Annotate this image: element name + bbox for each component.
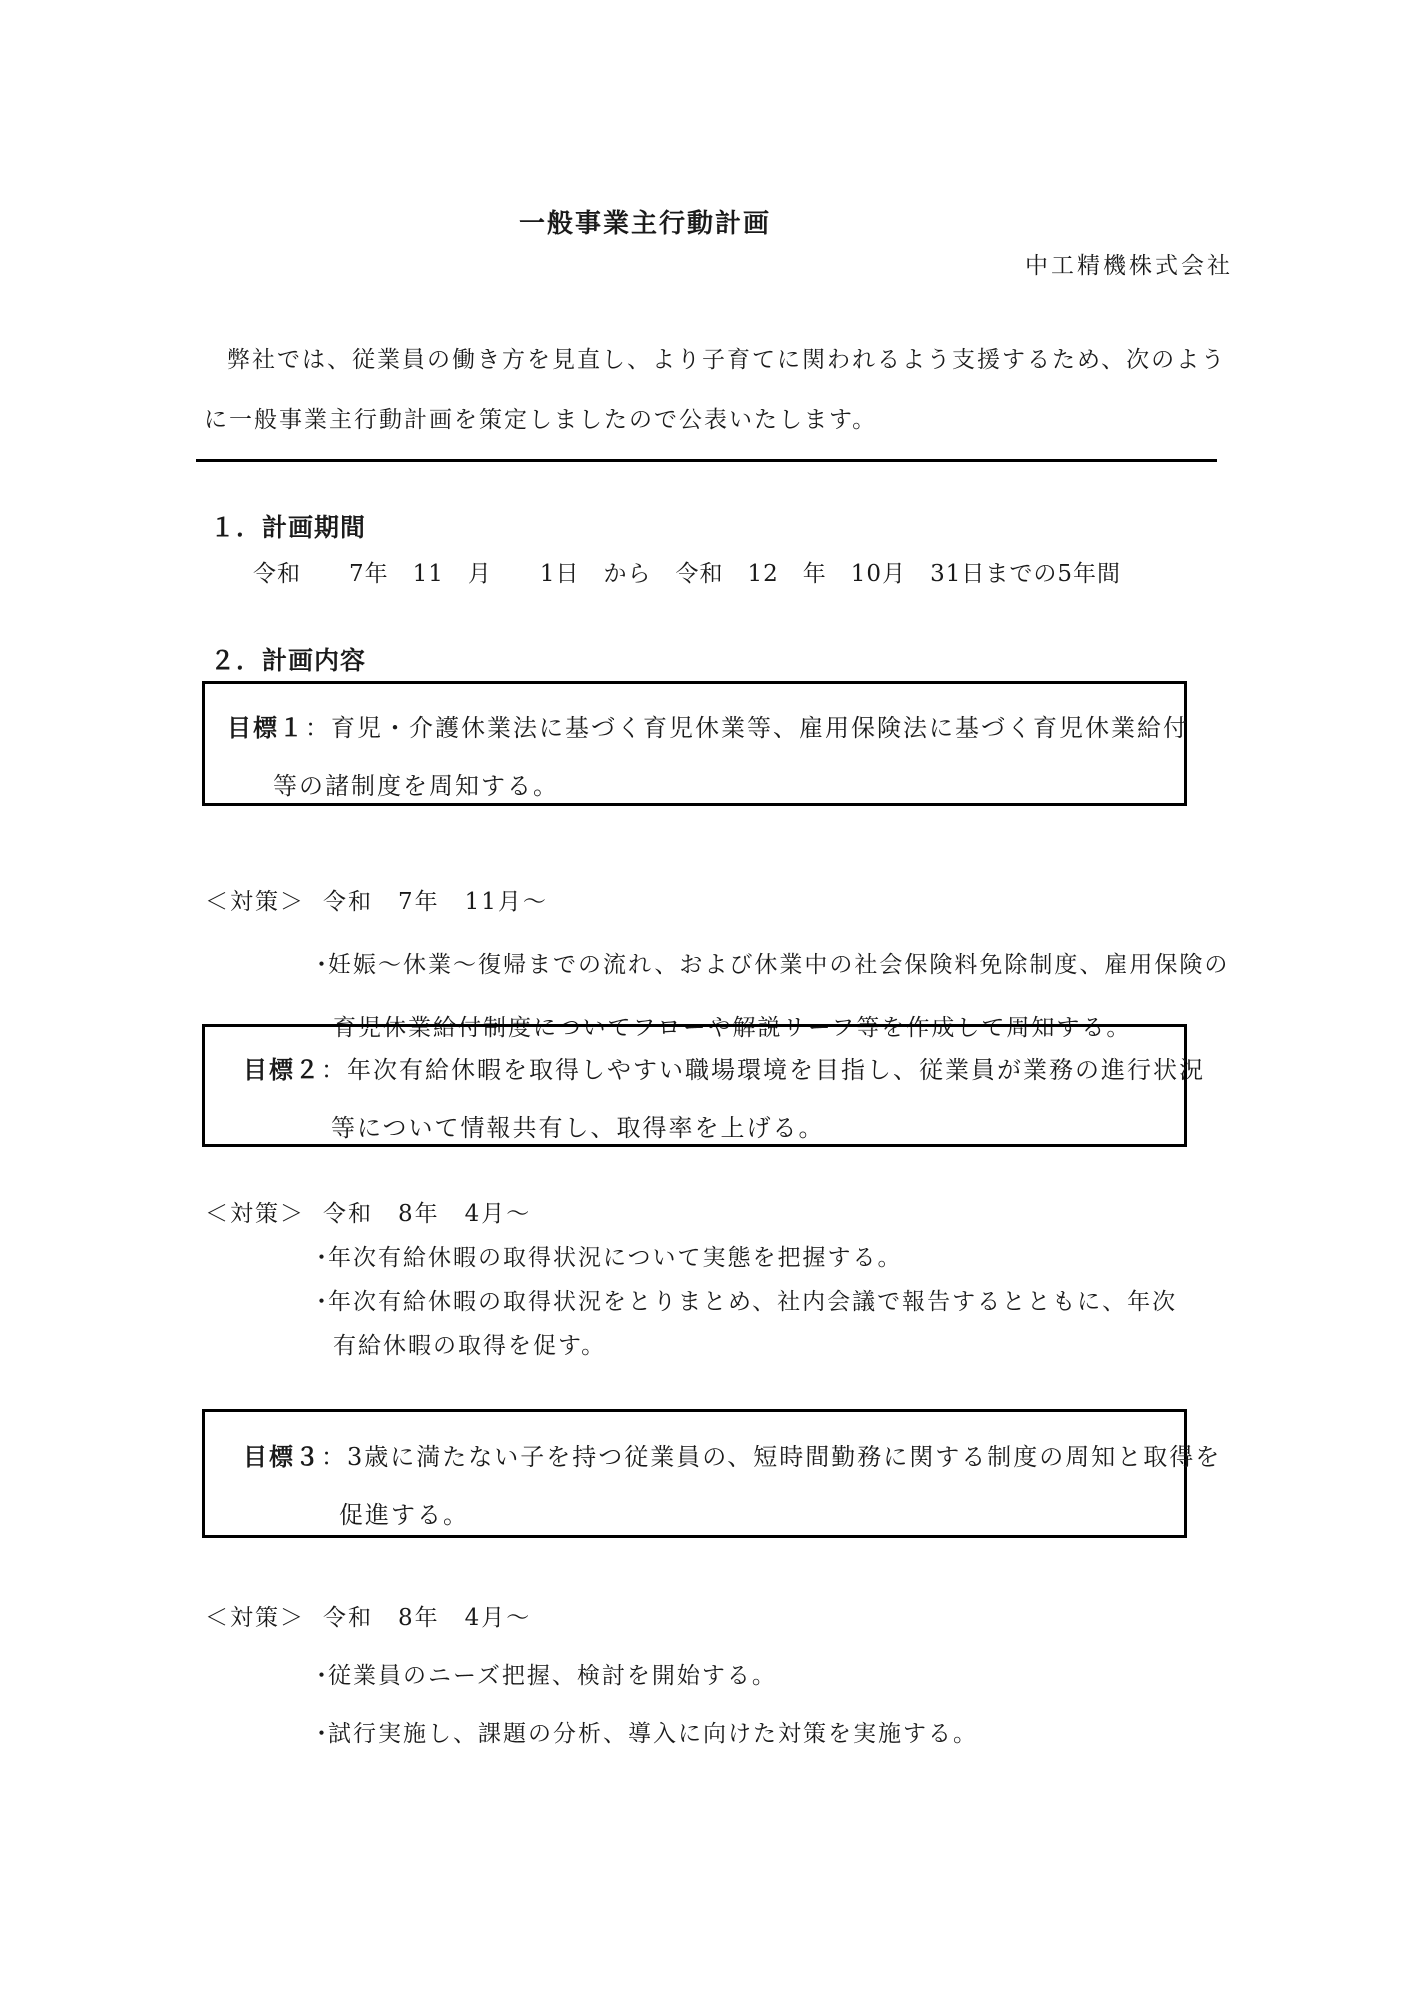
goal1-line1: 目標１：育児・介護休業法に基づく育児休業等、雇用保険法に基づく育児休業給付 — [227, 699, 1176, 757]
measure2-block: ＜対策＞令和 8年 4月～ ・年次有給休暇の取得状況について実態を把握する。 ・… — [205, 1192, 1305, 1368]
section1-heading: １．計画期間 — [210, 508, 366, 544]
goal3-box: 目標３：3歳に満たない子を持つ従業員の、短時間勤務に関する制度の周知と取得を 促… — [202, 1409, 1187, 1538]
measure1-bullet1-line1: ・妊娠～休業～復帰までの流れ、および休業中の社会保険料免除制度、雇用保険の — [310, 934, 1305, 997]
measure2-header: ＜対策＞令和 8年 4月～ — [205, 1192, 1305, 1236]
measure1-header: ＜対策＞令和 7年 11月～ — [205, 871, 1305, 934]
measure3-bullet1: ・従業員のニーズ把握、検討を開始する。 — [310, 1647, 1305, 1705]
goal1-text-line2: 等の諸制度を周知する。 — [273, 757, 1176, 815]
measure2-bullet2-line2: 有給休暇の取得を促す。 — [333, 1324, 1305, 1368]
measure3-label: ＜対策＞ — [205, 1605, 305, 1631]
measure2-bullet1-text: 年次有給休暇の取得状況について実態を把握する。 — [328, 1245, 903, 1271]
goal2-label: 目標２ — [243, 1055, 321, 1084]
measure3-period: 令和 8年 4月～ — [323, 1605, 531, 1631]
bullet-marker: ・ — [310, 1280, 328, 1324]
measure2-bullet2-text: 年次有給休暇の取得状況をとりまとめ、社内会議で報告するとともに、年次 — [328, 1289, 1177, 1315]
goal3-line1: 目標３：3歳に満たない子を持つ従業員の、短時間勤務に関する制度の周知と取得を — [243, 1428, 1176, 1486]
goal2-box: 目標２：年次有給休暇を取得しやすい職場環境を目指し、従業員が業務の進行状況 等に… — [202, 1024, 1187, 1147]
goal1-separator: ： — [305, 714, 331, 742]
section2-heading: ２．計画内容 — [210, 641, 366, 677]
section-divider-rule — [196, 459, 1217, 462]
document-title: 一般事業主行動計画 — [0, 203, 1290, 240]
goal1-label: 目標１ — [227, 713, 305, 742]
intro-line-1: 弊社では、従業員の働き方を見直し、より子育てに関われるよう支援するため、次のよう — [204, 330, 1264, 390]
measure3-bullet2-text: 試行実施し、課題の分析、導入に向けた対策を実施する。 — [328, 1721, 978, 1747]
measure1-bullet1-text: 妊娠～休業～復帰までの流れ、および休業中の社会保険料免除制度、雇用保険の — [328, 952, 1229, 978]
measure2-label: ＜対策＞ — [205, 1201, 305, 1227]
measure1-period: 令和 7年 11月～ — [323, 889, 548, 915]
bullet-marker: ・ — [310, 1705, 328, 1763]
measure2-period: 令和 8年 4月～ — [323, 1201, 531, 1227]
measure2-bullet2-line1: ・年次有給休暇の取得状況をとりまとめ、社内会議で報告するとともに、年次 — [310, 1280, 1305, 1324]
measure3-bullet1-text: 従業員のニーズ把握、検討を開始する。 — [328, 1663, 777, 1689]
bullet-marker: ・ — [310, 1647, 328, 1705]
measure3-block: ＜対策＞令和 8年 4月～ ・従業員のニーズ把握、検討を開始する。 ・試行実施し… — [205, 1589, 1305, 1763]
measure3-bullet2: ・試行実施し、課題の分析、導入に向けた対策を実施する。 — [310, 1705, 1305, 1763]
intro-line-2: に一般事業主行動計画を策定しましたので公表いたします。 — [204, 390, 1264, 450]
company-name: 中工精機株式会社 — [0, 247, 1233, 280]
goal2-line1: 目標２：年次有給休暇を取得しやすい職場環境を目指し、従業員が業務の進行状況 — [243, 1041, 1176, 1099]
goal3-label: 目標３ — [243, 1442, 321, 1471]
measure2-bullet1: ・年次有給休暇の取得状況について実態を把握する。 — [310, 1236, 1305, 1280]
goal3-text-line2: 促進する。 — [339, 1486, 1176, 1544]
goal3-separator: ： — [321, 1443, 347, 1471]
goal3-text-line1: 3歳に満たない子を持つ従業員の、短時間勤務に関する制度の周知と取得を — [347, 1443, 1221, 1471]
goal1-text-line1: 育児・介護休業法に基づく育児休業等、雇用保険法に基づく育児休業給付 — [331, 714, 1189, 742]
goal2-separator: ： — [321, 1056, 347, 1084]
goal2-text-line1: 年次有給休暇を取得しやすい職場環境を目指し、従業員が業務の進行状況 — [347, 1056, 1205, 1084]
bullet-marker: ・ — [310, 934, 328, 997]
plan-period-text: 令和 7年 11 月 1日 から 令和 12 年 10月 31日までの5年間 — [253, 555, 1121, 588]
goal1-box: 目標１：育児・介護休業法に基づく育児休業等、雇用保険法に基づく育児休業給付 等の… — [202, 681, 1187, 806]
document-page: 一般事業主行動計画 中工精機株式会社 弊社では、従業員の働き方を見直し、より子育… — [0, 0, 1414, 2000]
measure3-header: ＜対策＞令和 8年 4月～ — [205, 1589, 1305, 1647]
goal2-text-line2: 等について情報共有し、取得率を上げる。 — [331, 1099, 1176, 1157]
measure1-label: ＜対策＞ — [205, 889, 305, 915]
intro-paragraph: 弊社では、従業員の働き方を見直し、より子育てに関われるよう支援するため、次のよう… — [204, 330, 1264, 450]
bullet-marker: ・ — [310, 1236, 328, 1280]
